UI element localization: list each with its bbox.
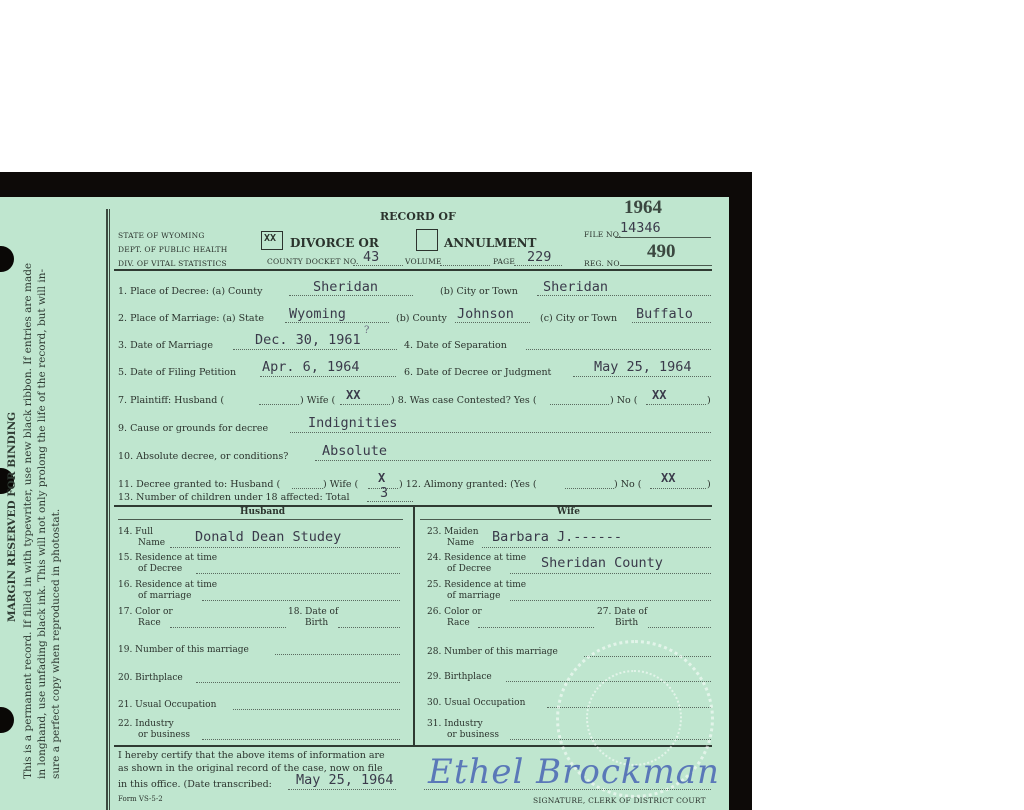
field-13-label: 13. Number of children under 18 affected… [118,492,350,503]
marriage-date-note: ? [364,325,369,336]
field-8-label: ) 8. Was case Contested? Yes ( [391,395,537,406]
binding-margin: MARGIN RESERVED FOR BINDING This is a pe… [0,197,104,810]
annulment-label: ANNULMENT [444,236,536,250]
margin-rule [106,209,108,810]
record-year: 1964 [624,197,662,219]
page-value: 229 [527,249,551,265]
husband-name-value: Donald Dean Studey [195,529,341,545]
contested-no-mark: XX [652,388,666,402]
annulment-checkbox [416,229,438,251]
field-1b-label: (b) City or Town [440,286,518,297]
paren: ) [707,395,711,406]
decree-type-value: Absolute [322,443,387,459]
margin-heading: MARGIN RESERVED FOR BINDING [6,412,18,622]
field-24-sub: of Decree [447,564,491,574]
field-16-sub: of marriage [138,591,191,601]
field-17-label: 17. Color or [118,607,173,617]
reg-no-value: 490 [647,241,676,263]
field-16-label: 16. Residence at time [118,580,217,590]
field-26-sub: Race [447,618,470,628]
field-12-no-label: ) No ( [614,479,641,490]
wife-heading: Wife [557,507,580,517]
field-27-label: 27. Date of [597,607,647,617]
divorce-checkbox: XX [261,231,283,250]
field-15-label: 15. Residence at time [118,553,217,563]
field-22-sub: or business [138,730,190,740]
reg-no-label: REG. NO. [584,259,622,268]
margin-instructions-line2: in longhand, use unfading black ink. Thi… [36,269,48,779]
decree-date-value: May 25, 1964 [594,359,692,375]
divorce-record-form: MARGIN RESERVED FOR BINDING This is a pe… [0,197,729,810]
field-12-label: ) 12. Alimony granted: (Yes ( [399,479,537,490]
volume-label: VOLUME [405,257,442,266]
file-no-value: 14346 [620,220,661,236]
field-24-label: 24. Residence at time [427,553,526,563]
agency-dept: DEPT. OF PUBLIC HEALTH [118,245,228,254]
field-9-label: 9. Cause or grounds for decree [118,423,268,434]
punch-hole [0,707,14,733]
field-5-label: 5. Date of Filing Petition [118,367,236,378]
field-21-label: 21. Usual Occupation [118,700,216,710]
alimony-no-mark: XX [661,471,675,485]
husband-heading: Husband [240,507,285,517]
transcribed-date-value: May 25, 1964 [296,772,394,788]
field-18-label: 18. Date of [288,607,338,617]
field-17-sub: Race [138,618,161,628]
divorce-label: DIVORCE OR [290,236,379,250]
field-20-label: 20. Birthplace [118,673,183,683]
field-4-label: 4. Date of Separation [404,340,507,351]
field-31-sub: or business [447,730,499,740]
decree-city-value: Sheridan [543,279,608,295]
field-2c-label: (c) City or Town [540,313,617,324]
margin-instructions-line1: This is a permanent record. If filled in… [22,263,34,779]
field-8-no-label: ) No ( [610,395,637,406]
field-2-label: 2. Place of Marriage: (a) State [118,313,264,324]
field-14-sub: Name [138,538,165,548]
form-number: Form VS-5-2 [118,795,163,803]
agency-division: DIV. OF VITAL STATISTICS [118,259,227,268]
marriage-date-value: Dec. 30, 1961 [255,332,361,348]
field-1-label: 1. Place of Decree: (a) County [118,286,262,297]
record-title: RECORD OF [380,210,456,223]
wife-name-value: Barbara J.------ [492,529,622,545]
field-10-label: 10. Absolute decree, or conditions? [118,451,288,462]
margin-rule [109,209,110,810]
field-27-sub: Birth [615,618,638,628]
marriage-state-value: Wyoming [289,306,346,322]
field-23-sub: Name [447,538,474,548]
field-7-label: 7. Plaintiff: Husband ( [118,395,224,406]
field-2b-label: (b) County [396,313,447,324]
field-11-label: 11. Decree granted to: Husband ( [118,479,280,490]
granted-wife-mark: X [378,471,385,485]
header-rule [114,269,712,271]
field-25-label: 25. Residence at time [427,580,526,590]
page-label: PAGE [493,257,515,266]
column-divider [413,506,415,746]
signature-label: SIGNATURE, CLERK OF DISTRICT COURT [533,796,706,805]
field-28-label: 28. Number of this marriage [427,647,558,657]
field-6-label: 6. Date of Decree or Judgment [404,367,551,378]
certification-line1: I hereby certify that the above items of… [118,750,385,761]
field-18-sub: Birth [305,618,328,628]
field-26-label: 26. Color or [427,607,482,617]
divorce-mark: XX [264,233,276,244]
marriage-city-value: Buffalo [636,306,693,322]
decree-county-value: Sheridan [313,279,378,295]
field-11-wife-label: ) Wife ( [323,479,358,490]
docket-value: 43 [363,249,379,265]
field-29-label: 29. Birthplace [427,672,492,682]
filing-date-value: Apr. 6, 1964 [262,359,360,375]
field-22-label: 22. Industry [118,719,174,729]
field-14-label: 14. Full [118,527,153,537]
field-31-label: 31. Industry [427,719,483,729]
field-15-sub: of Decree [138,564,182,574]
plaintiff-wife-mark: XX [346,388,360,402]
cause-value: Indignities [308,415,397,431]
agency-state: STATE OF WYOMING [118,231,205,240]
wife-residence-value: Sheridan County [541,555,663,571]
field-3-label: 3. Date of Marriage [118,340,213,351]
marriage-county-value: Johnson [457,306,514,322]
field-23-label: 23. Maiden [427,527,479,537]
field-30-label: 30. Usual Occupation [427,698,525,708]
children-count-value: 3 [380,485,388,501]
margin-instructions-line3: sure a perfect copy when reproduced in p… [50,509,62,779]
field-19-label: 19. Number of this marriage [118,645,249,655]
certification-line3: in this office. (Date transcribed: [118,779,272,790]
field-7-wife-label: ) Wife ( [300,395,335,406]
punch-hole [0,246,14,272]
docket-label: COUNTY DOCKET NO. [267,257,359,266]
paren: ) [707,479,711,490]
field-25-sub: of marriage [447,591,500,601]
clerk-signature: Ethel Brockman [428,752,720,792]
